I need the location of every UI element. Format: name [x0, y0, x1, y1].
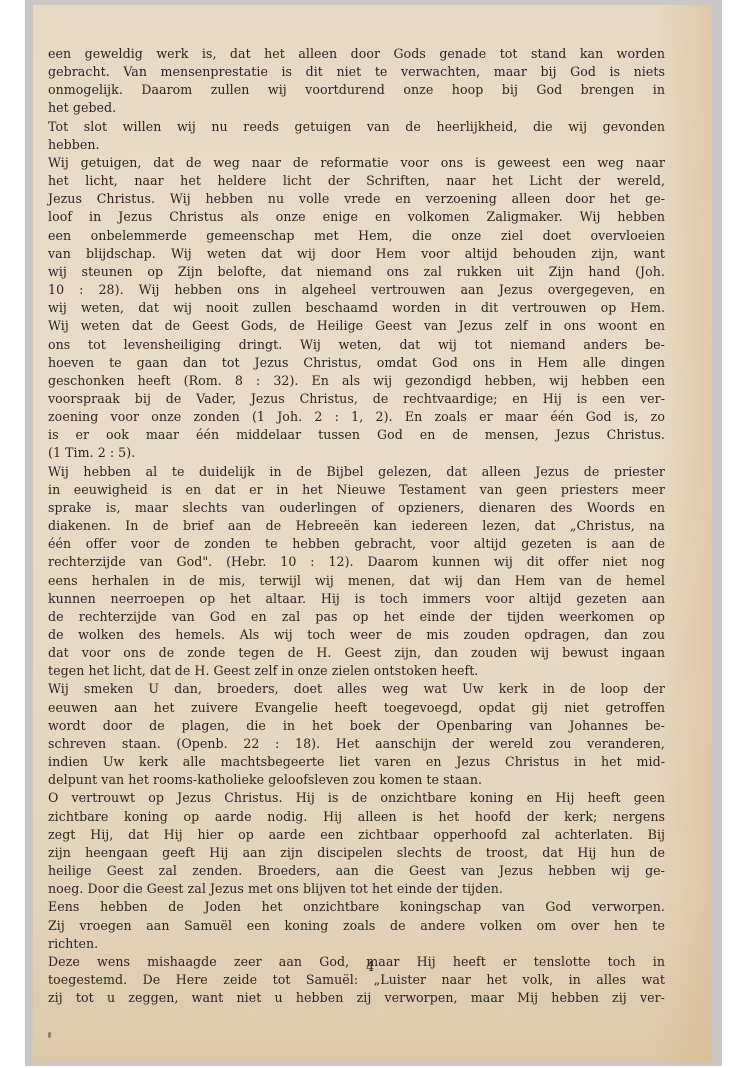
- text-line: onmogelijk. Daarom zullen wij voortduren…: [48, 81, 665, 99]
- text-line: tegen het licht, dat de H. Geest zelf in…: [48, 662, 665, 680]
- text-line: heilige Geest zal zenden. Broeders, aan …: [48, 862, 665, 880]
- text-line: Wij hebben al te duidelijk in de Bijbel …: [48, 463, 665, 481]
- text-line: O vertrouwt op Jezus Christus. Hij is de…: [48, 789, 665, 807]
- text-line: Wij getuigen, dat de weg naar de reforma…: [48, 154, 665, 172]
- text-line: voorspraak bij de Vader, Jezus Christus,…: [48, 390, 665, 408]
- text-line: wordt door de plagen, die in het boek de…: [48, 717, 665, 735]
- text-line: noeg. Door die Geest zal Jezus met ons b…: [48, 880, 665, 898]
- text-line: eeuwen aan het zuivere Evangelie heeft t…: [48, 699, 665, 717]
- text-line: hoeven te gaan dan tot Jezus Christus, o…: [48, 354, 665, 372]
- text-line: rechterzijde van God". (Hebr. 10 : 12). …: [48, 553, 665, 571]
- paper-speck: [48, 1032, 51, 1038]
- text-line: dat voor ons de zonde tegen de H. Geest …: [48, 644, 665, 662]
- page-number: 4: [366, 960, 374, 975]
- text-line: richten.: [48, 935, 665, 953]
- text-line: wij weten, dat wij nooit zullen beschaam…: [48, 299, 665, 317]
- text-line: delpunt van het rooms-katholieke geloofs…: [48, 771, 665, 789]
- page-body-text: een geweldig werk is, dat het alleen doo…: [48, 45, 665, 1007]
- text-line: van blijdschap. Wij weten dat wij door H…: [48, 245, 665, 263]
- text-line: eens herhalen in de mis, terwijl wij men…: [48, 572, 665, 590]
- text-line: zichtbare koning op aarde nodig. Hij all…: [48, 808, 665, 826]
- text-line: sprake is, maar slechts van ouderlingen …: [48, 499, 665, 517]
- text-line: wij steunen op Zijn belofte, dat niemand…: [48, 263, 665, 281]
- text-line: gebracht. Van mensenprestatie is dit nie…: [48, 63, 665, 81]
- text-line: Deze wens mishaagde zeer aan God, maar H…: [48, 953, 665, 971]
- text-line: Wij smeken U dan, broeders, doet alles w…: [48, 680, 665, 698]
- text-line: hebben.: [48, 136, 665, 154]
- text-line: is er ook maar één middelaar tussen God …: [48, 426, 665, 444]
- text-line: toegestemd. De Here zeide tot Samuël: „L…: [48, 971, 665, 989]
- text-line: één offer voor de zonden te hebben gebra…: [48, 535, 665, 553]
- text-line: Tot slot willen wij nu reeds getuigen va…: [48, 118, 665, 136]
- text-line: in eeuwigheid is en dat er in het Nieuwe…: [48, 481, 665, 499]
- text-line: de wolken des hemels. Als wij toch weer …: [48, 626, 665, 644]
- text-line: zoening voor onze zonden (1 Joh. 2 : 1, …: [48, 408, 665, 426]
- text-line: een onbelemmerde gemeenschap met Hem, di…: [48, 227, 665, 245]
- text-line: zijn heengaan geeft Hij aan zijn discipe…: [48, 844, 665, 862]
- text-line: ons tot levensheiliging dringt. Wij wete…: [48, 336, 665, 354]
- text-line: Eens hebben de Joden het onzichtbare kon…: [48, 898, 665, 916]
- text-line: Jezus Christus. Wij hebben nu volle vred…: [48, 190, 665, 208]
- text-line: een geweldig werk is, dat het alleen doo…: [48, 45, 665, 63]
- text-line: zegt Hij, dat Hij hier op aarde een zich…: [48, 826, 665, 844]
- text-line: (1 Tim. 2 : 5).: [48, 444, 665, 462]
- text-line: 10 : 28). Wij hebben ons in algeheel ver…: [48, 281, 665, 299]
- text-line: de rechterzijde van God en zal pas op he…: [48, 608, 665, 626]
- text-line: diakenen. In de brief aan de Hebreeën ka…: [48, 517, 665, 535]
- text-line: schreven staan. (Openb. 22 : 18). Het aa…: [48, 735, 665, 753]
- text-line: kunnen neerroepen op het altaar. Hij is …: [48, 590, 665, 608]
- text-line: indien Uw kerk alle machtsbegeerte liet …: [48, 753, 665, 771]
- text-line: zij tot u zeggen, want niet u hebben zij…: [48, 989, 665, 1007]
- text-line: Wij weten dat de Geest Gods, de Heilige …: [48, 317, 665, 335]
- text-line: loof in Jezus Christus als onze enige en…: [48, 208, 665, 226]
- text-line: Zij vroegen aan Samuël een koning zoals …: [48, 917, 665, 935]
- text-line: het licht, naar het heldere licht der Sc…: [48, 172, 665, 190]
- text-line: het gebed.: [48, 99, 665, 117]
- text-line: geschonken heeft (Rom. 8 : 32). En als w…: [48, 372, 665, 390]
